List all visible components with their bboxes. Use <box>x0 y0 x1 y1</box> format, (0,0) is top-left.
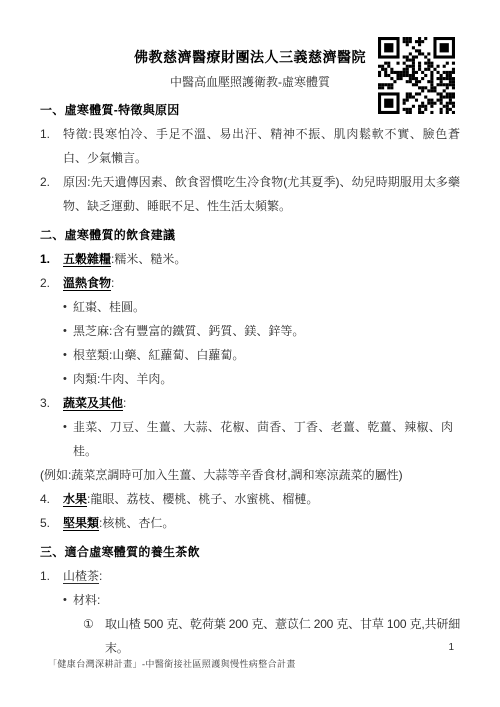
list-item-features: 1. 特徵:畏寒怕冷、手足不溫、易出汗、精神不振、肌肉鬆軟不實、臉色蒼白、少氣懶… <box>40 122 460 170</box>
bullet-item: • 根莖類:山藥、紅蘿蔔、白蘿蔔。 <box>63 343 460 367</box>
item-rest: : <box>99 569 102 583</box>
bullet-item: • 黑芝麻:含有豐富的鐵質、鈣質、鎂、鋅等。 <box>63 319 460 343</box>
item-rest: :核桃、杏仁。 <box>99 516 174 530</box>
item-label: 五穀雜糧 <box>63 252 111 266</box>
list-item-warm-foods: 2. 溫熱食物: <box>40 271 460 295</box>
list-number: 1. <box>40 247 63 271</box>
document-page: 佛教慈濟醫療財團法人三義慈濟醫院 中醫高血壓照護衛教-虛寒體質 一、虛寒體質-特… <box>0 0 500 707</box>
bullet-icon: • <box>63 343 73 367</box>
bullet-text: 材料: <box>73 588 453 612</box>
list-number: 4. <box>40 487 63 511</box>
step-text: 取山楂 500 克、乾荷葉 200 克、薏苡仁 200 克、甘草 100 克,共… <box>105 612 460 660</box>
item-rest: : <box>111 276 114 290</box>
bullet-text: 肉類:牛肉、羊肉。 <box>73 367 453 391</box>
bullet-icon: • <box>63 588 73 612</box>
page-subtitle: 中醫高血壓照護衛教-虛寒體質 <box>40 72 460 93</box>
section-heading-characteristics: 一、虛寒體質-特徵與原因 <box>40 98 460 122</box>
item-label: 堅果類 <box>63 516 99 530</box>
item-label: 山楂茶 <box>63 569 99 583</box>
item-rest: : <box>123 396 126 410</box>
list-number: 5. <box>40 511 63 535</box>
list-item-fruits: 4. 水果:龍眼、荔枝、櫻桃、桃子、水蜜桃、榴槤。 <box>40 487 460 511</box>
list-text: 五穀雜糧:糯米、糙米。 <box>63 247 460 271</box>
list-text: 原因:先天遺傳因素、飲食習慣吃生冷食物(尤其夏季)、幼兒時期服用太多藥物、缺乏運… <box>63 170 460 218</box>
list-text: 水果:龍眼、荔枝、櫻桃、桃子、水蜜桃、榴槤。 <box>63 487 460 511</box>
list-item-nuts: 5. 堅果類:核桃、杏仁。 <box>40 511 460 535</box>
list-text: 堅果類:核桃、杏仁。 <box>63 511 460 535</box>
page-title: 佛教慈濟醫療財團法人三義慈濟醫院 <box>40 47 460 68</box>
bullet-icon: • <box>63 295 73 319</box>
page-number: 1 <box>448 642 454 653</box>
bullet-icon: • <box>63 319 73 343</box>
list-item-hawthorn-tea: 1. 山楂茶: <box>40 564 460 588</box>
step-item: ① 取山楂 500 克、乾荷葉 200 克、薏苡仁 200 克、甘草 100 克… <box>83 612 460 660</box>
bullet-item: • 韭菜、刀豆、生薑、大蒜、花椒、茴香、丁香、老薑、乾薑、辣椒、肉桂。 <box>63 415 460 463</box>
bullet-text: 根莖類:山藥、紅蘿蔔、白蘿蔔。 <box>73 343 453 367</box>
list-number: 3. <box>40 391 63 415</box>
bullet-text: 韭菜、刀豆、生薑、大蒜、花椒、茴香、丁香、老薑、乾薑、辣椒、肉桂。 <box>73 415 453 463</box>
note-text: (例如:蔬菜烹調時可加入生薑、大蒜等辛香食材,調和寒涼蔬菜的屬性) <box>40 463 460 487</box>
list-item-vegetables: 3. 蔬菜及其他: <box>40 391 460 415</box>
list-text: 山楂茶: <box>63 564 460 588</box>
list-text: 蔬菜及其他: <box>63 391 460 415</box>
list-number: 1. <box>40 564 63 588</box>
bullet-text: 黑芝麻:含有豐富的鐵質、鈣質、鎂、鋅等。 <box>73 319 453 343</box>
section-heading-diet: 二、虛寒體質的飲食建議 <box>40 223 460 247</box>
list-text: 溫熱食物: <box>63 271 460 295</box>
section-heading-teas: 三、適合虛寒體質的養生茶飲 <box>40 540 460 564</box>
list-number: 2. <box>40 170 63 218</box>
item-label: 蔬菜及其他 <box>63 396 123 410</box>
bullet-icon: • <box>63 415 73 463</box>
bullet-text: 紅棗、桂圓。 <box>73 295 453 319</box>
bullet-icon: • <box>63 367 73 391</box>
list-item-grains: 1. 五穀雜糧:糯米、糙米。 <box>40 247 460 271</box>
bullet-item: • 紅棗、桂圓。 <box>63 295 460 319</box>
bullet-item: • 肉類:牛肉、羊肉。 <box>63 367 460 391</box>
list-number: 1. <box>40 122 63 170</box>
list-text: 特徵:畏寒怕冷、手足不溫、易出汗、精神不振、肌肉鬆軟不實、臉色蒼白、少氣懶言。 <box>63 122 460 170</box>
item-rest: :糯米、糙米。 <box>111 252 186 266</box>
item-label: 水果 <box>63 492 87 506</box>
footer-text: 「健康台灣深耕計畫」-中醫銜接社區照護與慢性病整合計畫 <box>48 657 296 670</box>
step-number: ① <box>83 612 105 660</box>
item-rest: :龍眼、荔枝、櫻桃、桃子、水蜜桃、榴槤。 <box>87 492 318 506</box>
bullet-item-materials: • 材料: <box>63 588 460 612</box>
list-number: 2. <box>40 271 63 295</box>
page-content: 佛教慈濟醫療財團法人三義慈濟醫院 中醫高血壓照護衛教-虛寒體質 一、虛寒體質-特… <box>40 47 460 660</box>
item-label: 溫熱食物 <box>63 276 111 290</box>
list-item-causes: 2. 原因:先天遺傳因素、飲食習慣吃生冷食物(尤其夏季)、幼兒時期服用太多藥物、… <box>40 170 460 218</box>
